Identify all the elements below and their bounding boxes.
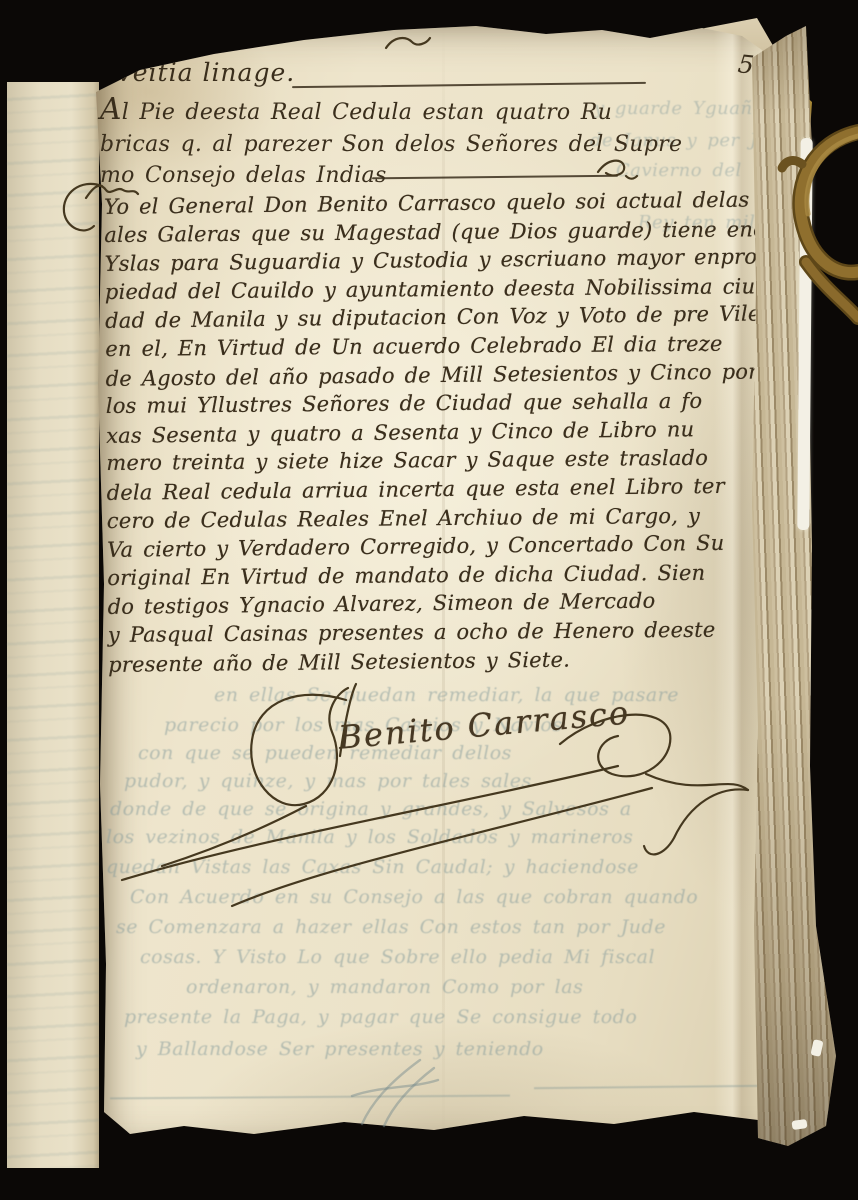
heading-line: bricas q. al parezer Son delos Señores d… [100,129,720,161]
bleedthrough-line: donde de que se origina y grandes, y Sal… [110,798,632,820]
leather-tie-strand-shadow [806,262,858,318]
bleedthrough-line: ordenaron, y mandaron Como por las [186,976,583,998]
bleedthrough-line: se Comenzara a hazer ellas Con estos tan… [116,916,666,938]
signature-name: Benito Carrasco [337,693,632,756]
bleedthrough-line: Con Acuerdo en su Consejo a las que cobr… [130,886,698,908]
bleedthrough-line: pudor, y quinze, y mas por tales sales [124,770,532,792]
manuscript-body: Yo el General Don Benito Carrasco quelo … [104,186,770,678]
bleedthrough-line: presente la Paga, y pagar que Se consigu… [124,1006,637,1028]
bleedthrough-line: quedan Vistas las Caxas Sin Caudal; y ha… [106,856,639,878]
bleedthrough-line: y Ballandose Ser presentes y teniendo [136,1038,544,1060]
bleedthrough-line: los vezinos de Manila y los Soldados y m… [106,826,633,848]
bleedthrough-rule [110,1095,510,1100]
manuscript-photo: { "document": { "folio_number": "5", "he… [0,0,858,1200]
bleedthrough-rule [534,1085,764,1089]
heading-line: Al Pie deesta Real Cedula estan quatro R… [100,94,720,129]
manuscript-page: en ellas Se puedan remediar, la que pasa… [94,24,794,1148]
title-rule-line [292,82,646,88]
bleedthrough-line: cosas. Y Visto Lo que Sobre ello pedia M… [140,946,655,968]
leather-tie-strand [806,262,858,318]
previous-page-ghost-texture [7,82,99,1168]
book-fore-edge [746,26,840,1148]
leather-tie-highlight [807,136,858,214]
previous-page-edge [7,82,99,1168]
page-title: Veitia linage. [116,58,295,87]
